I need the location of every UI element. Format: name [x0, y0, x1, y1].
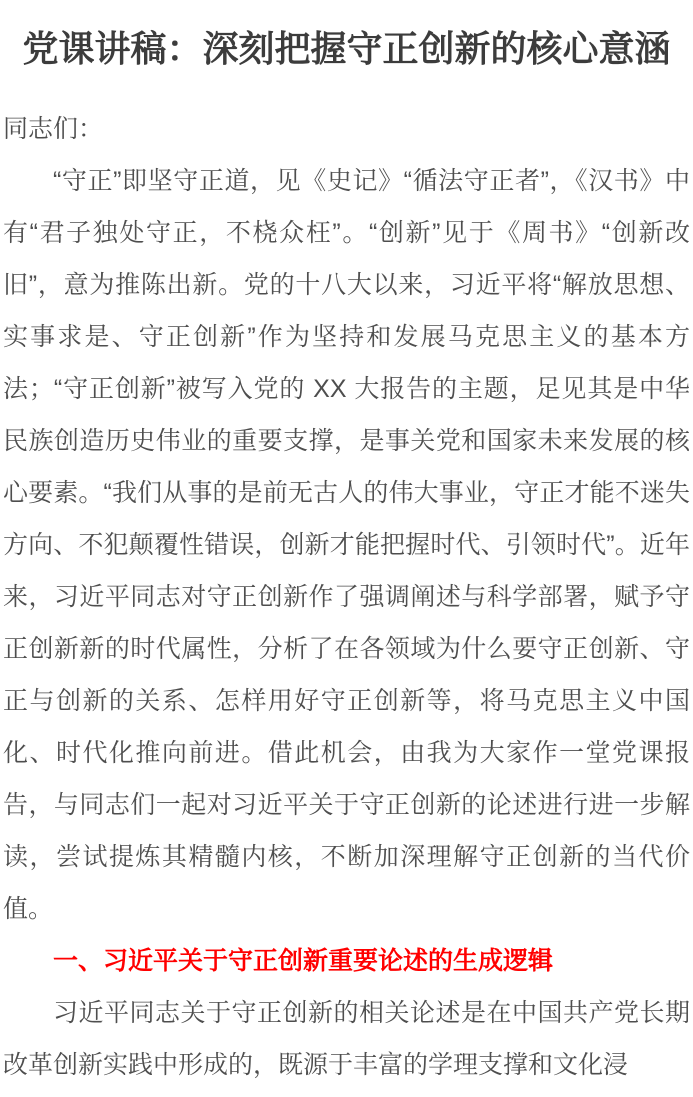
body-paragraph-2: 习近平同志关于守正创新的相关论述是在中国共产党长期改革创新实践中形成的，既源于丰…	[3, 987, 690, 1091]
document-title: 党课讲稿：深刻把握守正创新的核心意涵	[3, 26, 690, 73]
section-heading-generation-logic: 一、习近平关于守正创新重要论述的生成逻辑	[3, 935, 690, 987]
salutation-line: 同志们：	[3, 103, 690, 155]
document-viewport: { "document": { "title": "党课讲稿：深刻把握守正创新的…	[0, 0, 693, 1097]
document-page: 党课讲稿：深刻把握守正创新的核心意涵 同志们： “守正”即坚守正道，见《史记》“…	[0, 26, 693, 1091]
body-paragraph-1: “守正”即坚守正道，见《史记》“循法守正者”，《汉书》中有“君子独处守正，不桡众…	[3, 155, 690, 935]
